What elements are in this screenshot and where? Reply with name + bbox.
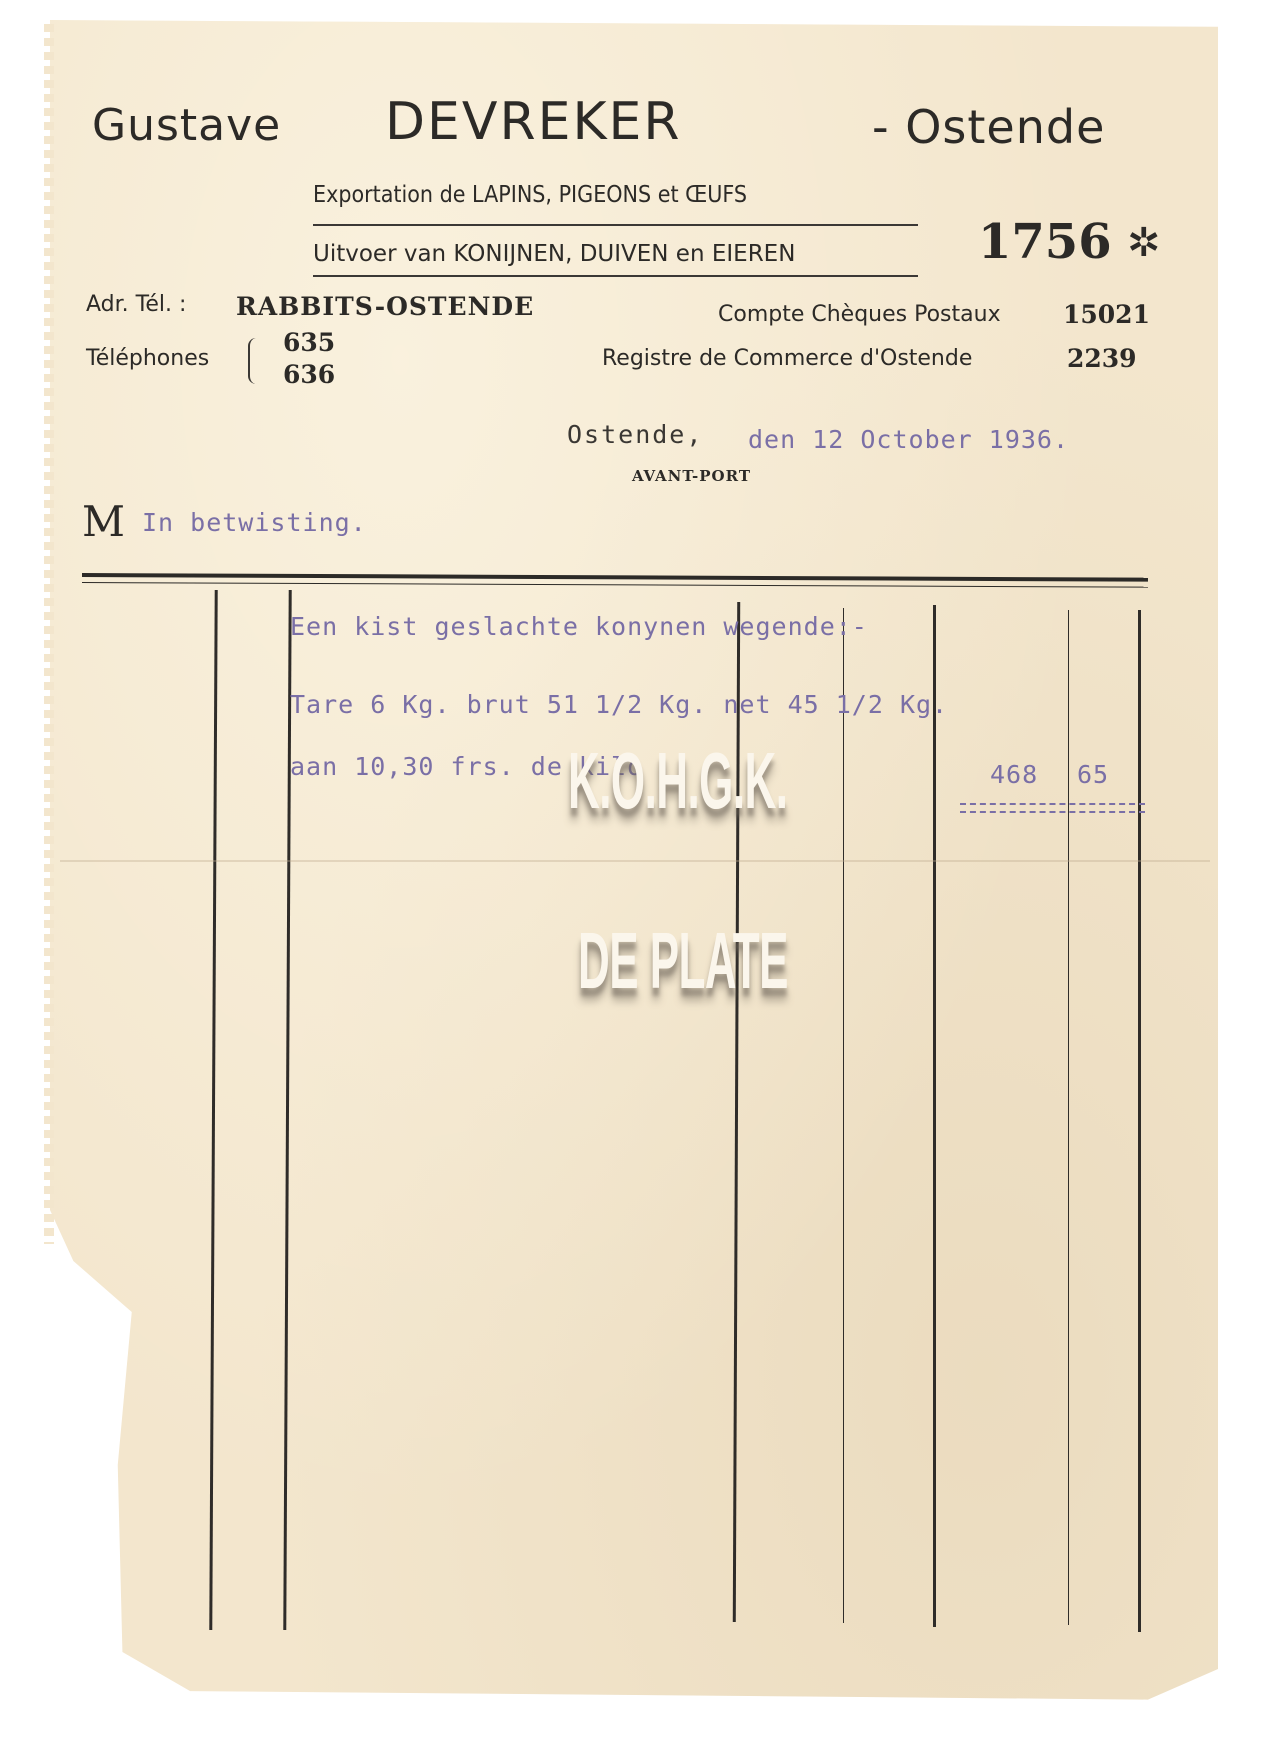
watermark-de-plate: DE PLATE	[578, 915, 788, 1007]
company-first-name: Gustave	[92, 100, 281, 151]
column-rule-6	[1068, 610, 1069, 1625]
amount-centimes: 65	[1077, 760, 1109, 789]
trade-register-label: Registre de Commerce d'Ostende	[602, 346, 972, 371]
tagline-dutch: Uitvoer van KONIJNEN, DUIVEN en EIEREN	[313, 241, 795, 267]
tagline-underline	[313, 275, 918, 277]
amount-francs: 468	[990, 760, 1038, 789]
postal-account-number: 15021	[1063, 300, 1150, 329]
telegraph-label: Adr. Tél. :	[86, 292, 186, 317]
watermark-kohgk: K.O.H.G.K.	[568, 735, 787, 827]
recipient-prefix: M	[82, 497, 125, 546]
brace	[248, 338, 260, 384]
dateline-place: Ostende,	[567, 420, 703, 449]
perforated-edge	[44, 24, 54, 1244]
phones-label: Téléphones	[86, 346, 209, 371]
company-city: - Ostende	[872, 100, 1105, 154]
postal-account-label: Compte Chèques Postaux	[718, 302, 1001, 327]
column-rule-5	[933, 605, 936, 1627]
tagline-divider	[313, 224, 918, 226]
asterisk-ornament-icon: ✲	[1127, 220, 1161, 266]
invoice-date: den 12 October 1936.	[748, 425, 1069, 454]
invoice-number: 1756	[978, 214, 1112, 270]
phone-number-1: 635	[283, 328, 335, 357]
invoice-line-1: Een kist geslachte konynen wegende:-	[290, 612, 868, 641]
column-rule-7	[1138, 610, 1141, 1632]
column-rule-4	[843, 608, 844, 1623]
company-surname: DEVREKER	[385, 92, 682, 152]
paper-fold	[60, 860, 1210, 862]
recipient-name: In betwisting.	[142, 508, 367, 537]
dateline-address: AVANT-PORT	[632, 467, 751, 485]
total-double-underline	[960, 803, 1145, 813]
tagline-french: Exportation de LAPINS, PIGEONS et ŒUFS	[313, 182, 747, 208]
invoice-line-2: Tare 6 Kg. brut 51 1/2 Kg. net 45 1/2 Kg…	[290, 690, 948, 719]
phone-number-2: 636	[283, 360, 335, 389]
telegraph-address: RABBITS-OSTENDE	[236, 292, 534, 321]
trade-register-number: 2239	[1067, 344, 1137, 373]
